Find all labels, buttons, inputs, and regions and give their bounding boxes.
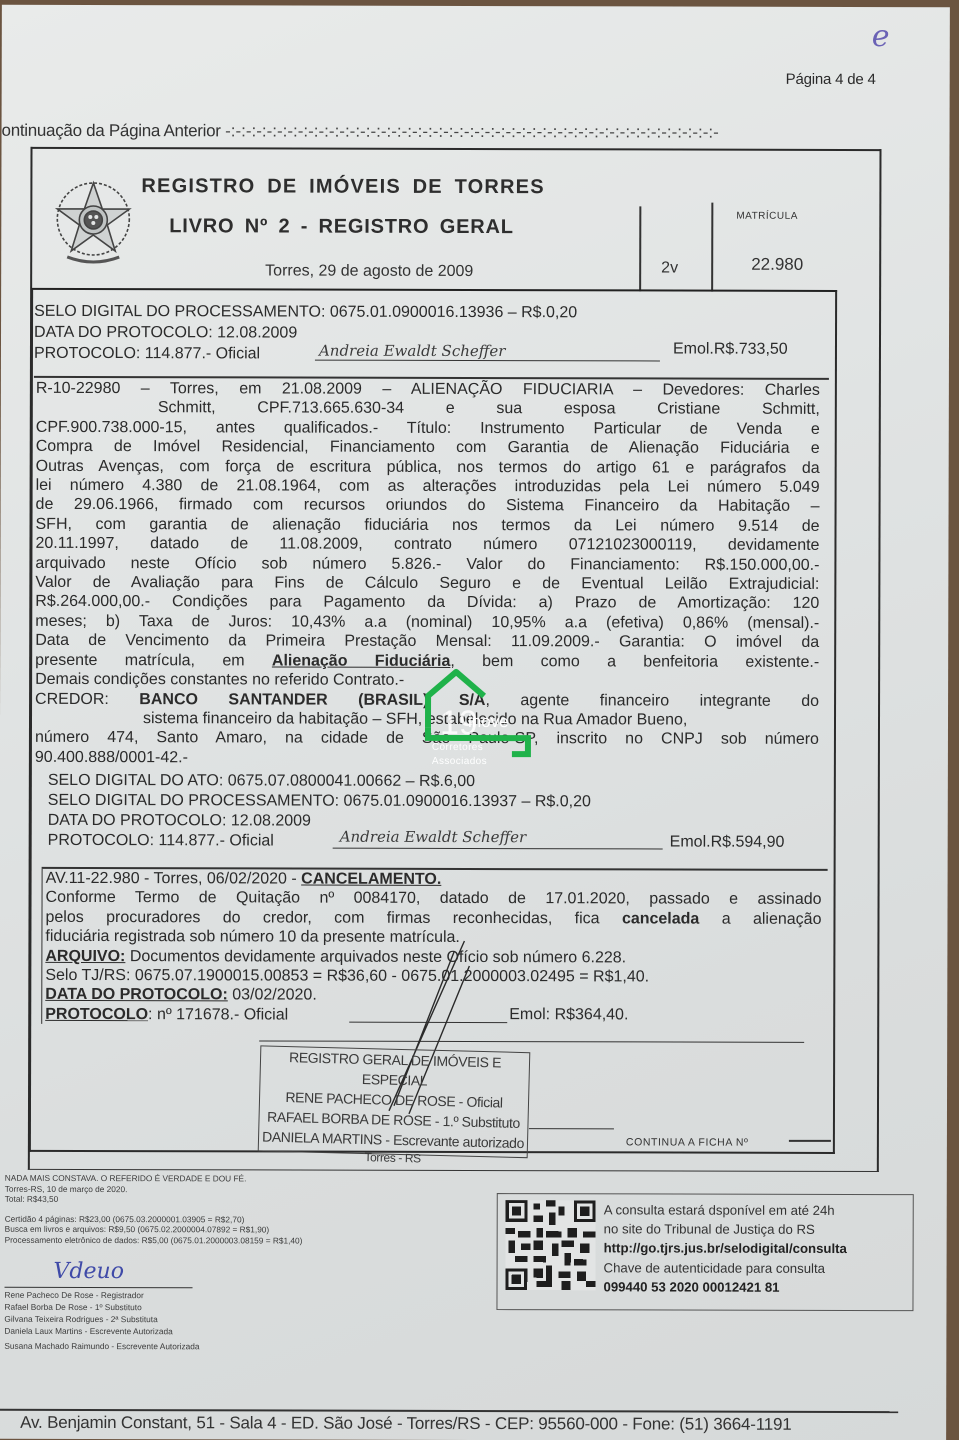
- r10-line: Schmitt, CPF.713.665.630-34 e sua esposa…: [36, 398, 820, 419]
- emolumentos: Emol.R$.594,90: [670, 833, 785, 853]
- r10-line: R$.264.000,00.- Condições para Pagamento…: [35, 592, 819, 613]
- header-divider: [639, 206, 641, 291]
- header-date: Torres, 29 de agosto de 2009: [265, 262, 473, 281]
- cert-total: Total: R$43,50: [5, 1194, 303, 1205]
- qr-code-icon[interactable]: [505, 1200, 597, 1290]
- consulta-line: A consulta estará dsponível em até 24h: [604, 1200, 847, 1220]
- registry-stamp: REGISTRO GERAL DE IMÓVEIS E ESPECIAL REN…: [258, 1045, 531, 1158]
- cert-line: NADA MAIS CONSTAVA. O REFERIDO É VERDADE…: [5, 1173, 303, 1184]
- r10-line: Data de Vencimento da Primeira Prestação…: [35, 631, 819, 652]
- text: : nº 171678.- Oficial: [148, 1006, 288, 1023]
- r10-line: Compra de Imóvel Residencial, Financiame…: [36, 437, 820, 458]
- stamp-line: REGISTRO GERAL DE IMÓVEIS E ESPECIAL: [260, 1046, 529, 1093]
- official-signature: Andreia Ewaldt Scheffer: [340, 828, 527, 846]
- consulta-line: no site do Tribunal de Justiça do RS: [604, 1220, 847, 1240]
- data-protocolo-label: DATA DO PROTOCOLO:: [45, 986, 228, 1003]
- registry-title: REGISTRO DE IMÓVEIS DE TORRES: [141, 175, 544, 199]
- r10-line: meses; b) Taxa de Juros: 10,43% a.a (nom…: [35, 612, 819, 633]
- protocolo: PROTOCOLO: 114.877.- Oficial: [34, 344, 260, 364]
- continua-ficha: CONTINUA A FICHA Nº: [626, 1136, 749, 1148]
- continuation-text: ontinuação da Página Anterior: [2, 121, 221, 141]
- document-page: e Página 4 de 4 ontinuação da Página Ant…: [0, 5, 950, 1440]
- certification-block: NADA MAIS CONSTAVA. O REFERIDO É VERDADE…: [5, 1173, 303, 1246]
- matricula-label: MATRÍCULA: [736, 211, 798, 222]
- arquivo-label: ARQUIVO:: [45, 948, 125, 965]
- credor-label: CREDOR:: [35, 690, 139, 707]
- protocolo-label: PROTOCOLO: [45, 1006, 148, 1023]
- consulta-text: A consulta estará dsponível em até 24h n…: [603, 1200, 847, 1297]
- key-label: Chave de autenticidade para consulta: [604, 1258, 847, 1278]
- cancelada-label: cancelada: [622, 910, 699, 927]
- staff-member: Rene Pacheco De Rose - Registrador: [4, 1289, 199, 1302]
- watermark-sub: Corretores: [432, 742, 483, 753]
- stamp-rule: [529, 1128, 614, 1129]
- fee-line: Certidão 4 páginas: R$23,00 (0675.03.200…: [5, 1213, 303, 1224]
- text: presente matrícula, em: [35, 652, 272, 670]
- av11-heading: AV.11-22.980 - Torres, 06/02/2020 - CANC…: [46, 869, 822, 890]
- ficha-blank: [789, 1140, 831, 1142]
- book-title: LIVRO Nº 2 - REGISTRO GERAL: [169, 215, 514, 239]
- r10-line: R-10-22980 – Torres, em 21.08.2009 – ALI…: [36, 379, 820, 400]
- inove-watermark: 19 inove Corretores Associados: [420, 666, 540, 766]
- r10-line: 20.11.1997, datado de 11.08.2009, contra…: [35, 534, 819, 555]
- registrar-signature: Vdeuo: [54, 1259, 124, 1284]
- r10-line: lei número 4.380 de 21.08.1964, com as a…: [36, 476, 820, 497]
- r10-line: arquivado neste Ofício sob número 5.826.…: [35, 554, 819, 575]
- authenticity-key: 099440 53 2020 00012421 81: [604, 1279, 780, 1294]
- footer-address: Av. Benjamin Constant, 51 - Sala 4 - ED.…: [20, 1413, 791, 1435]
- continuation-dots: -:-:-:-:-:-:-:-:-:-:-:-:-:-:-:-:-:-:-:-:…: [225, 121, 719, 141]
- cancelamento-label: CANCELAMENTO.: [301, 871, 441, 888]
- r10-line: Outras Avenças, com força de escritura p…: [36, 456, 820, 477]
- cert-line: Torres-RS, 10 de março de 2020.: [5, 1183, 303, 1194]
- staff-member: Susana Machado Raimundo - Escrevente Aut…: [4, 1340, 199, 1353]
- av11-line: pelos procuradores do credor, com firmas…: [45, 908, 821, 929]
- continuation-line: ontinuação da Página Anterior -:-:-:-:-:…: [2, 121, 719, 143]
- fee-line: Busca em livros e arquivos: R$9,50 (0675…: [5, 1224, 303, 1235]
- matricula-number: 22.980: [751, 255, 803, 275]
- data-protocolo: DATA DO PROTOCOLO: 12.08.2009: [34, 323, 297, 343]
- text: AV.11-22.980 - Torres, 06/02/2020 -: [46, 870, 302, 888]
- av11-line: Conforme Termo de Quitação nº 0084170, d…: [46, 888, 822, 909]
- fee-line: Processamento eletrônico de dados: R$5,0…: [5, 1234, 303, 1245]
- r10-line: de 29.06.1966, firmado com recursos oriu…: [36, 495, 820, 516]
- selo-processamento: SELO DIGITAL DO PROCESSAMENTO: 0675.01.0…: [34, 302, 577, 323]
- brazil-coat-of-arms-icon: [49, 175, 137, 271]
- handwritten-mark: e: [872, 19, 890, 54]
- consulta-url[interactable]: http://go.tjrs.jus.br/selodigital/consul…: [604, 1241, 847, 1257]
- folio: 2v: [661, 259, 678, 277]
- emolumentos: Emol.R$.733,50: [673, 340, 788, 360]
- text: pelos procuradores do credor, com firmas…: [45, 909, 622, 928]
- r10-line: Valor de Avaliação para Fins de Cálculo …: [35, 573, 819, 594]
- staff-list: Rene Pacheco De Rose - Registrador Rafae…: [4, 1289, 199, 1353]
- official-signature: Andreia Ewaldt Scheffer: [319, 342, 506, 360]
- r10-line: SFH, com garantia de alienação fiduciári…: [35, 515, 819, 536]
- staff-member: Gilvana Teixeira Rodrigues - 2ª Substitu…: [4, 1313, 199, 1326]
- staff-member: Daniela Laux Martins - Escrevente Autori…: [4, 1325, 199, 1338]
- watermark-brand: inove: [468, 712, 509, 732]
- watermark-sub: Associados: [432, 756, 487, 767]
- staff-member: Rafael Borba De Rose - 1º Substituto: [4, 1301, 199, 1314]
- text: a alienação: [699, 910, 821, 927]
- emolumentos: Emol: R$364,40.: [509, 1005, 628, 1025]
- protocolo: PROTOCOLO: 114.877.- Oficial: [48, 831, 274, 851]
- header-divider: [711, 203, 713, 292]
- selo-ato: SELO DIGITAL DO ATO: 0675.07.0800041.006…: [48, 771, 475, 792]
- text: 03/02/2020.: [228, 987, 317, 1004]
- data-protocolo: DATA DO PROTOCOLO: 12.08.2009: [48, 811, 311, 831]
- footer-rule: [0, 1409, 898, 1413]
- r10-line: CPF.900.738.000-15, antes qualificados.-…: [36, 418, 820, 439]
- page-number: Página 4 de 4: [786, 71, 876, 88]
- selo-processamento: SELO DIGITAL DO PROCESSAMENTO: 0675.01.0…: [48, 791, 591, 812]
